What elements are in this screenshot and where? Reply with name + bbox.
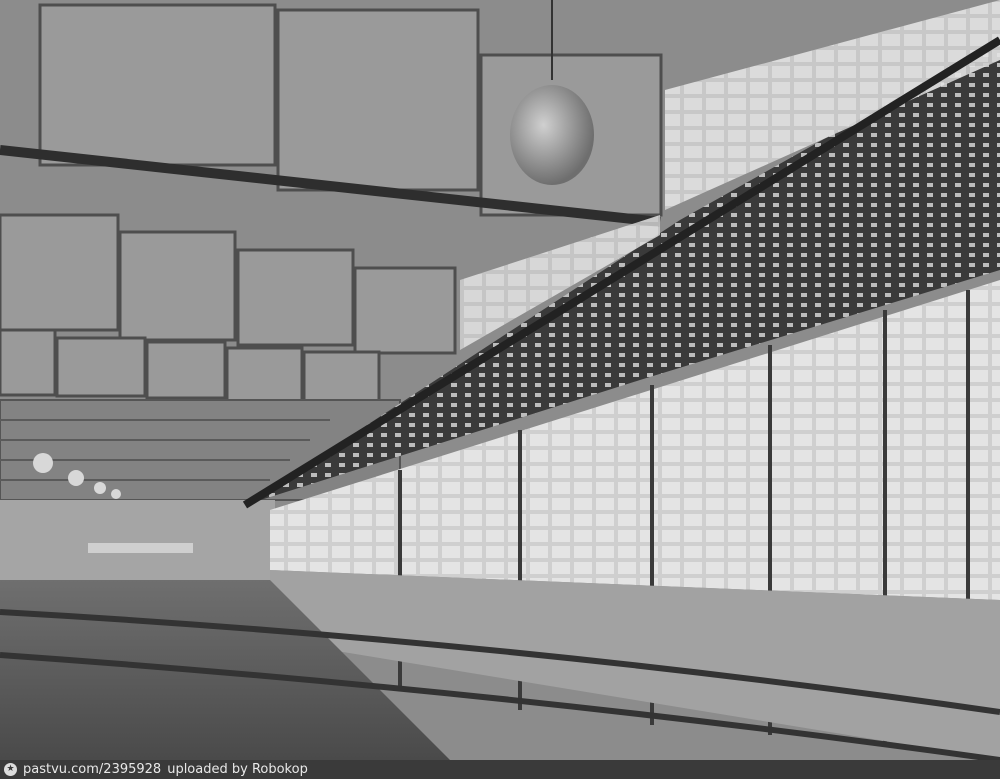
photo-link[interactable]: pastvu.com/2395928 bbox=[23, 760, 161, 779]
photograph bbox=[0, 0, 1000, 760]
pastvu-logo-icon: ★ bbox=[4, 763, 17, 776]
industrial-interior-scene bbox=[0, 0, 1000, 760]
uploader-text: uploaded by Robokop bbox=[167, 760, 308, 779]
watermark-caption-bar: ★ pastvu.com/2395928 uploaded by Robokop bbox=[0, 760, 1000, 779]
